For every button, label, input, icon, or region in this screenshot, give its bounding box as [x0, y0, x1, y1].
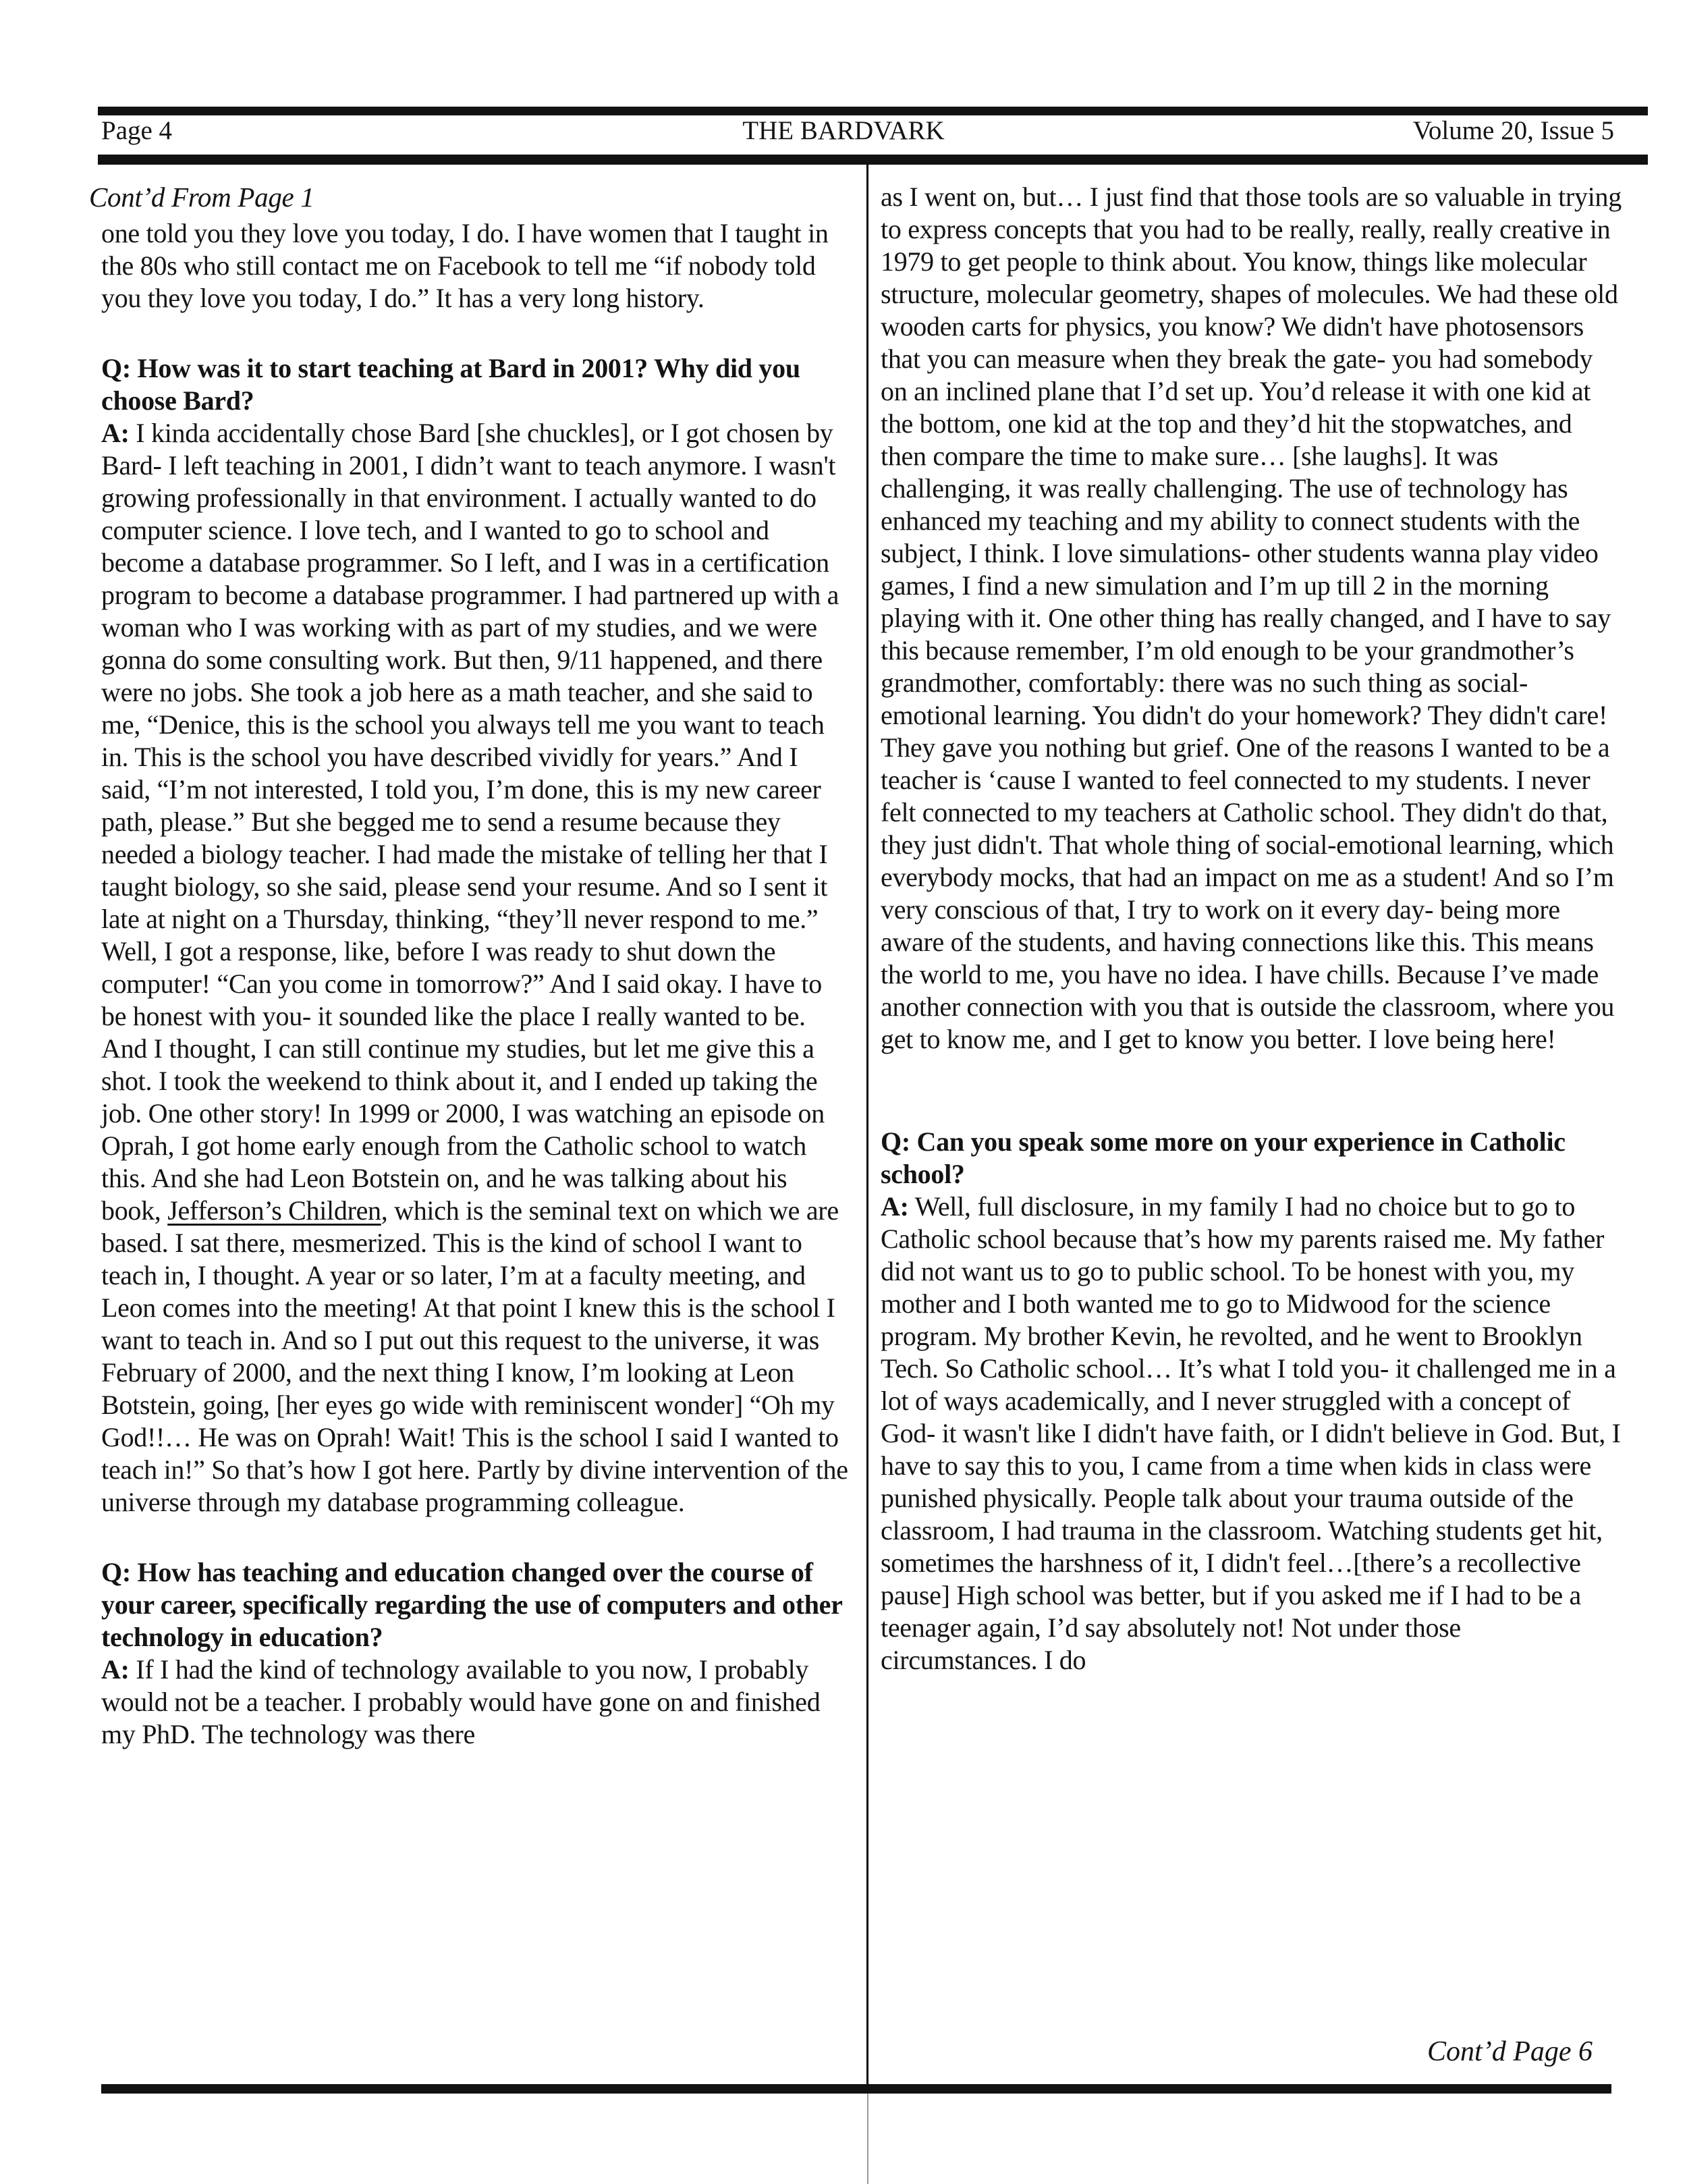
answer-3-text: Well, full disclosure, in my family I ha…	[881, 1191, 1621, 1675]
answer-2-continued-paragraph: as I went on, but… I just find that thos…	[881, 181, 1623, 1056]
answer-1-text-post: , which is the seminal text on which we …	[101, 1195, 848, 1517]
book-title-underlined: Jefferson’s Children	[167, 1195, 381, 1226]
right-column: as I went on, but… I just find that thos…	[881, 181, 1623, 1676]
answer-1-label: A:	[101, 418, 130, 448]
answer-2-text: If I had the kind of technology availabl…	[101, 1654, 820, 1749]
question-1-heading: Q: How was it to start teaching at Bard …	[101, 352, 850, 417]
answer-1-paragraph: A: I kinda accidentally chose Bard [she …	[101, 417, 850, 1519]
left-column: Cont’d From Page 1 one told you they lov…	[101, 181, 850, 1751]
answer-3-paragraph: A: Well, full disclosure, in my family I…	[881, 1191, 1623, 1676]
bottom-rule	[101, 2084, 1611, 2094]
continued-from-note: Cont’d From Page 1	[89, 181, 850, 213]
answer-3-label: A:	[881, 1191, 909, 1222]
column-divider-tail	[867, 2094, 868, 2184]
question-2-heading: Q: How has teaching and education change…	[101, 1556, 850, 1654]
continued-to-note: Cont’d Page 6	[1427, 2036, 1593, 2068]
newspaper-page: Page 4 THE BARDVARK Volume 20, Issue 5 C…	[0, 0, 1687, 2184]
column-divider	[866, 165, 868, 2091]
intro-paragraph: one told you they love you today, I do. …	[101, 217, 850, 315]
answer-2-label: A:	[101, 1654, 130, 1685]
answer-2-paragraph: A: If I had the kind of technology avail…	[101, 1654, 850, 1751]
question-3-heading: Q: Can you speak some more on your exper…	[881, 1126, 1623, 1191]
header-rule	[98, 155, 1648, 165]
answer-1-text-pre: I kinda accidentally chose Bard [she chu…	[101, 418, 839, 1226]
issue-label: Volume 20, Issue 5	[1413, 115, 1614, 147]
